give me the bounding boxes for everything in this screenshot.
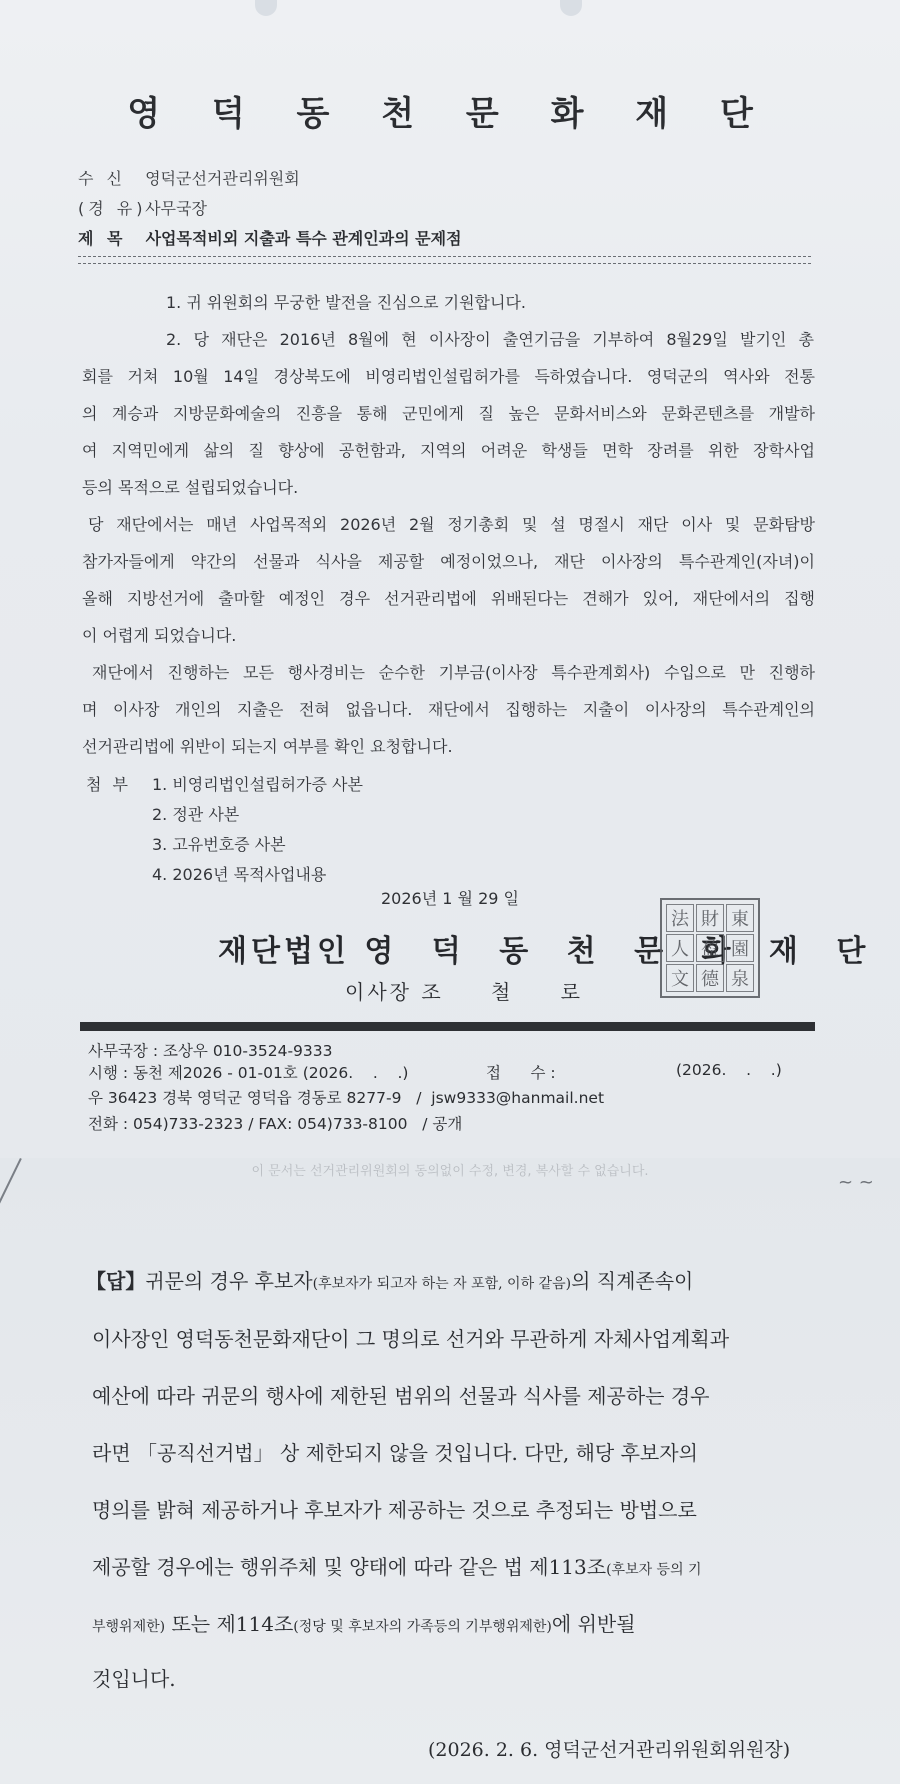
recipient-value: 영덕군선거관리위원회 (145, 169, 300, 188)
reply-text: 귀문의 경우 후보자 (145, 1269, 312, 1293)
attachment-item: 4. 2026년 목적사업내용 (152, 862, 326, 885)
org-prefix: 재단법인 (218, 934, 350, 969)
attachments-label: 첨 부 (86, 772, 131, 795)
seal-glyph: 德 (696, 964, 724, 992)
via-value: 사무국장 (145, 199, 207, 218)
chairman-title: 이사장 (345, 980, 412, 1004)
seal-glyph: 東 (726, 904, 754, 932)
seal-glyph: 園 (726, 934, 754, 962)
org-title: 영 덕 동 천 문 화 재 단 (364, 934, 879, 969)
heavy-horizontal-rule (80, 1022, 815, 1031)
via-line: (경 유) 사무국장 (78, 196, 207, 219)
reply-line-6: 제공할 경우에는 행위주체 및 양태에 따라 같은 법 제113조(후보자 등의… (92, 1551, 850, 1580)
footer-receipt-label: 접 수 : (486, 1061, 556, 1083)
copy-restriction-notice: 이 문서는 선거관리위원회의 동의없이 수정, 변경, 복사할 수 없습니다. (0, 1160, 900, 1179)
chairman-name: 조 철 로 (421, 980, 602, 1004)
reply-subtext: (정당 및 후보자의 가족등의 기부행위제한) (293, 1619, 552, 1635)
paragraph-2-line-3: 의 계승과 지방문화예술의 진흥을 통해 군민에게 질 높은 문화서비스와 문화… (82, 401, 815, 424)
recipient-line: 수 신 영덕군선거관리위원회 (78, 166, 300, 189)
paragraph-2-line-1: 2. 당 재단은 2016년 8월에 현 이사장이 출연기금을 기부하여 8월2… (166, 327, 814, 350)
attachment-item: 1. 비영리법인설립허가증 사본 (152, 772, 363, 795)
chairman-line: 이사장 조 철 로 (345, 976, 602, 1005)
official-seal-stamp: 法 財 東 人 盈 園 文 德 泉 (660, 898, 760, 998)
paragraph-2-line-4: 여 지역민에게 삶의 질 향상에 공헌함과, 지역의 어려운 학생들 면학 장려… (82, 438, 815, 461)
reply-line-4: 라면 「공직선거법」 상 제한되지 않을 것입니다. 다만, 해당 후보자의 (92, 1437, 850, 1466)
punch-hole (560, 0, 582, 16)
double-dashed-divider (78, 256, 811, 264)
via-label: (경 유) (78, 196, 140, 219)
seal-glyph: 法 (666, 904, 694, 932)
paragraph-1: 1. 귀 위원회의 무궁한 발전을 진심으로 기원합니다. (166, 290, 526, 313)
footer-receipt-date: (2026. . .) (676, 1061, 782, 1079)
organization-name: 재단법인 영 덕 동 천 문 화 재 단 (218, 926, 879, 970)
letter-page: 영 덕 동 천 문 화 재 단 수 신 영덕군선거관리위원회 (경 유) 사무국… (0, 0, 900, 1158)
recipient-label: 수 신 (78, 166, 140, 189)
seal-glyph: 盈 (696, 934, 724, 962)
paragraph-4-line-2: 며 이사장 개인의 지출은 전혀 없읍니다. 재단에서 집행하는 지출이 이사장… (82, 697, 815, 720)
paragraph-3-line-2: 참가자들에게 약간의 선물과 식사을 제공할 예정이었으나, 재단 이사장의 특… (82, 549, 815, 572)
reply-subtext: (후보자가 되고자 하는 자 포함, 이하 같음) (313, 1276, 571, 1292)
footer-secretary: 사무국장 : 조상우 010-3524-9333 (88, 1039, 332, 1061)
seal-glyph: 人 (666, 934, 694, 962)
footer-phone: 전화 : 054)733-2323 / FAX: 054)733-8100 / … (88, 1112, 462, 1134)
enforcement-number: 시행 : 동천 제2026 - 01-01호 (2026. . .) (88, 1064, 408, 1082)
reply-text: 또는 제114조 (165, 1612, 293, 1636)
reply-text: 에 위반될 (552, 1612, 636, 1636)
attachment-item: 3. 고유번호증 사본 (152, 832, 286, 855)
reply-text: 의 직계존속이 (571, 1269, 693, 1293)
reply-line-5: 명의를 밝혀 제공하거나 후보자가 제공하는 것으로 추정되는 방법으로 (92, 1494, 850, 1523)
seal-glyph: 泉 (726, 964, 754, 992)
reply-signature: (2026. 2. 6. 영덕군선거관리위원회위원장) (428, 1735, 790, 1762)
subject-label: 제 목 (78, 226, 140, 249)
seal-glyph: 財 (696, 904, 724, 932)
seal-glyph: 文 (666, 964, 694, 992)
reply-text: 제공할 경우에는 행위주체 및 양태에 따라 같은 법 제113조 (92, 1555, 606, 1579)
paragraph-4-line-1: 재단에서 진행하는 모든 행사경비는 순수한 기부금(이사장 특수관계회사) 수… (92, 660, 815, 683)
subject-line: 제 목 사업목적비외 지출과 특수 관계인과의 문제점 (78, 226, 462, 249)
paragraph-3-line-1: 당 재단에서는 매년 사업목적외 2026년 2월 정기총회 및 설 명절시 재… (88, 512, 815, 535)
scribble-mark: ~ ~ (838, 1172, 874, 1193)
paragraph-2-line-2: 회를 거쳐 10월 14일 경상북도에 비영리법인설립허가를 득하였습니다. 영… (82, 364, 815, 387)
footer-address: 우 36423 경북 영덕군 영덕읍 경동로 8277-9 / jsw9333@… (88, 1086, 604, 1108)
paragraph-2-line-5: 등의 목적으로 설립되었습니다. (82, 475, 298, 498)
reply-subtext: 부행위제한) (92, 1619, 165, 1635)
reply-line-3: 예산에 따라 귀문의 행사에 제한된 범위의 선물과 식사를 제공하는 경우 (92, 1380, 850, 1409)
paragraph-4-line-3: 선거관리법에 위반이 되는지 여부를 확인 요청합니다. (82, 734, 453, 757)
answer-tag: 【답】 (86, 1269, 145, 1293)
letter-date: 2026년 1 월 29 일 (0, 886, 900, 909)
subject-value: 사업목적비외 지출과 특수 관계인과의 문제점 (146, 229, 462, 248)
attachment-item: 2. 정관 사본 (152, 802, 239, 825)
paragraph-3-line-3: 올해 지방선거에 출마할 예정인 경우 선거관리법에 위배된다는 견해가 있어,… (82, 586, 815, 609)
reply-line-7: 부행위제한) 또는 제114조(정당 및 후보자의 가족등의 기부행위제한)에 … (92, 1608, 850, 1637)
footer-enforcement: 시행 : 동천 제2026 - 01-01호 (2026. . .) (88, 1061, 408, 1083)
paragraph-3-line-4: 이 어렵게 되었습니다. (82, 623, 236, 646)
reply-line-1: 【답】귀문의 경우 후보자(후보자가 되고자 하는 자 포함, 이하 같음)의 … (86, 1265, 844, 1294)
reply-line-2: 이사장인 영덕동천문화재단이 그 명의로 선거와 무관하게 자체사업계획과 (92, 1323, 850, 1352)
reply-line-8: 것입니다. (92, 1663, 850, 1692)
letterhead-title: 영 덕 동 천 문 화 재 단 (0, 86, 900, 135)
punch-hole (255, 0, 277, 16)
reply-subtext: (후보자 등의 기 (606, 1562, 702, 1578)
